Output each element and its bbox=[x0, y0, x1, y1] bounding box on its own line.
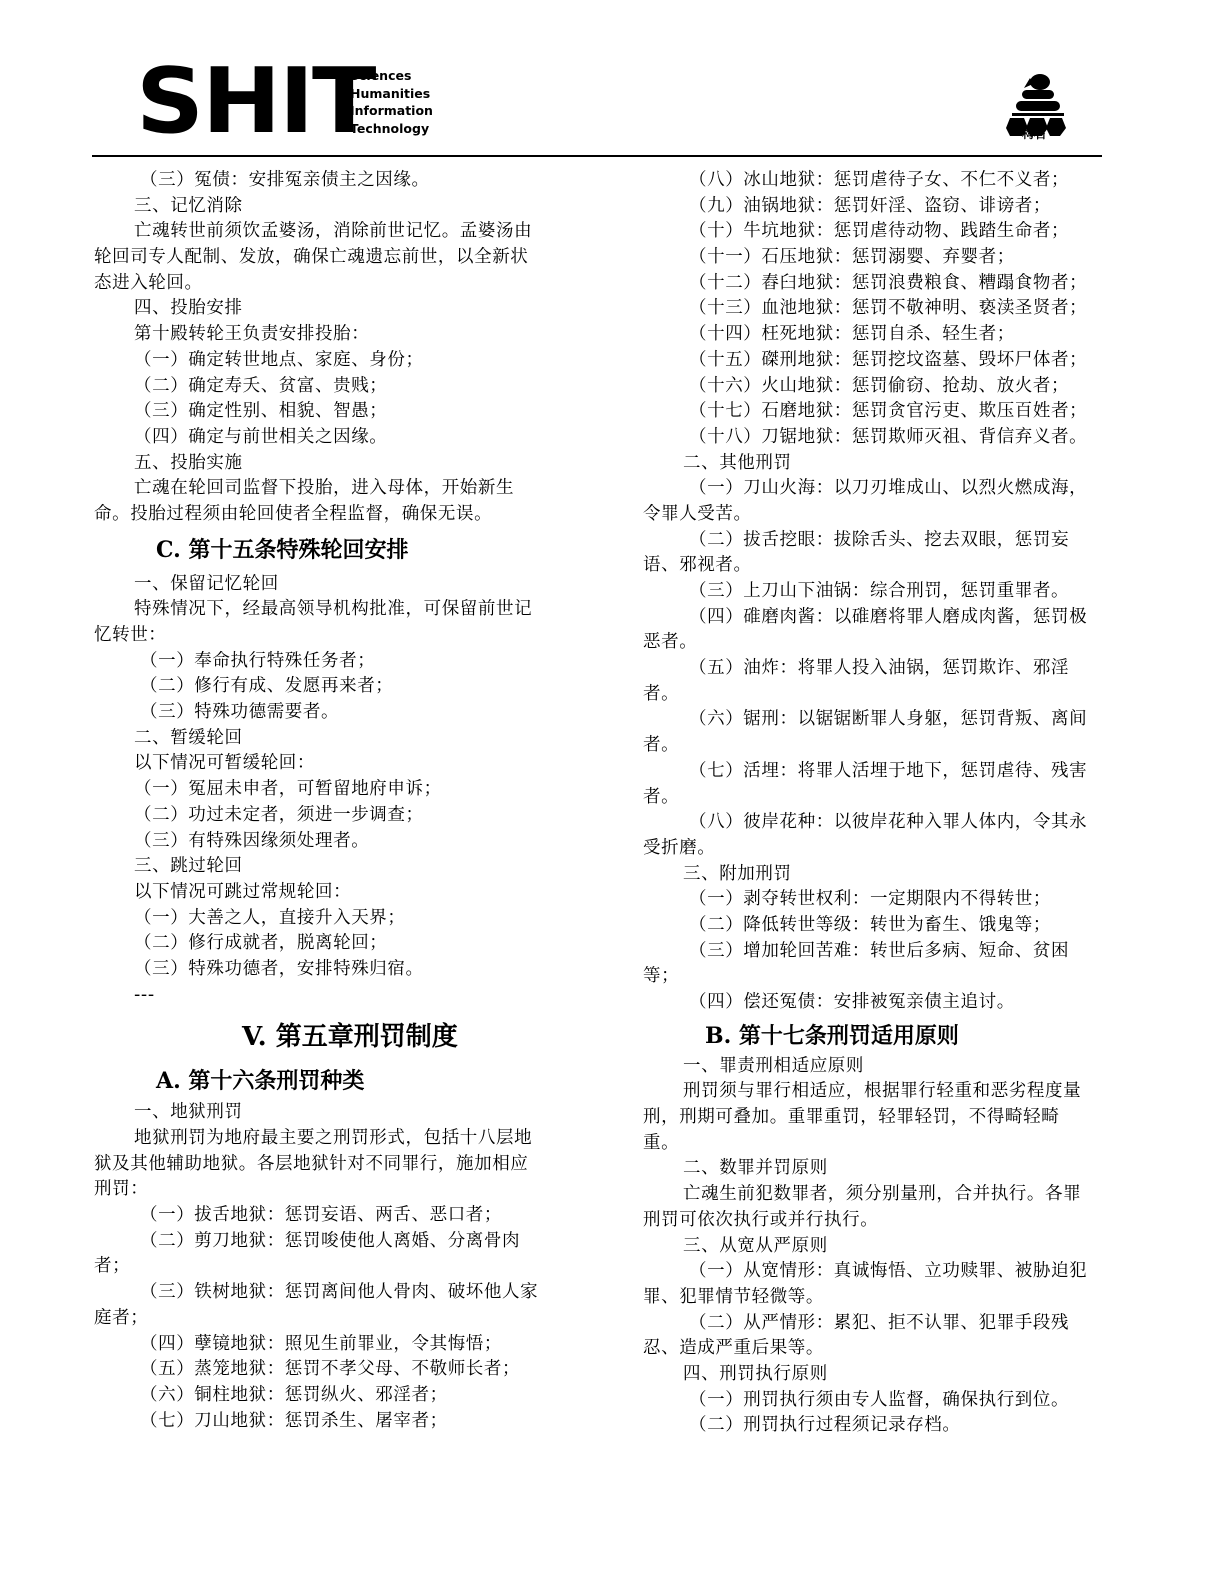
list-item-continuation: 恶者。 bbox=[643, 630, 1123, 656]
paragraph-line: 特殊情况下，经最高领导机构批准，可保留前世记 bbox=[94, 597, 574, 623]
list-item: （四）孽镜地狱：照见生前罪业，令其悔悟； bbox=[94, 1332, 574, 1358]
page-header: SHIT Sciences Humanities Information Tec… bbox=[92, 60, 1102, 156]
paragraph-line: 轮回司专人配制、发放，确保亡魂遗忘前世，以全新状 bbox=[94, 245, 574, 271]
list-item: （一）从宽情形：真诚悔悟、立功赎罪、被胁迫犯 bbox=[643, 1259, 1123, 1285]
list-item: （五）油炸：将罪人投入油锅，惩罚欺诈、邪淫 bbox=[643, 656, 1123, 682]
subheading: 三、跳过轮回 bbox=[94, 854, 574, 880]
paragraph-line: 以下情况可跳过常规轮回： bbox=[94, 880, 574, 906]
list-item: （十三）血池地狱：惩罚不敬神明、亵渎圣贤者； bbox=[643, 296, 1123, 322]
list-item-continuation: 者。 bbox=[643, 682, 1123, 708]
paragraph-line: 第十殿转轮王负责安排投胎： bbox=[94, 322, 574, 348]
subheading: 四、刑罚执行原则 bbox=[643, 1362, 1123, 1388]
subheading: 三、记忆消除 bbox=[94, 194, 574, 220]
list-item: （四）偿还冤债：安排被冤亲债主追讨。 bbox=[643, 990, 1123, 1016]
paragraph-line: 地狱刑罚为地府最主要之刑罚形式，包括十八层地 bbox=[94, 1126, 574, 1152]
paragraph-line: 命。投胎过程须由轮回使者全程监督，确保无误。 bbox=[94, 502, 574, 528]
subheading: 三、附加刑罚 bbox=[643, 862, 1123, 888]
list-item-continuation: 罪、犯罪情节轻微等。 bbox=[643, 1285, 1123, 1311]
section-title: C. 第十五条特殊轮回安排 bbox=[94, 537, 574, 563]
subheading: 二、暂缓轮回 bbox=[94, 726, 574, 752]
list-item: （三）确定性别、相貌、智愚； bbox=[94, 399, 574, 425]
list-item: （二）降低转世等级：转世为畜生、饿鬼等； bbox=[643, 913, 1123, 939]
list-item-continuation: 令罪人受苦。 bbox=[643, 502, 1123, 528]
left-column: （三）冤债：安排冤亲债主之因缘。 三、记忆消除 亡魂转世前须饮孟婆汤，消除前世记… bbox=[94, 168, 574, 1434]
logo-subtitle-line: Technology bbox=[350, 120, 433, 138]
right-column: （八）冰山地狱：惩罚虐待子女、不仁不义者； （九）油锅地狱：惩罚奸淫、盗窃、诽谤… bbox=[643, 168, 1123, 1439]
list-item: （一）剥夺转世权利：一定期限内不得转世； bbox=[643, 887, 1123, 913]
paragraph-line: 刑罚须与罪行相适应，根据罪行轻重和恶劣程度量 bbox=[643, 1079, 1123, 1105]
emblem-label: 构石 bbox=[1022, 125, 1046, 142]
list-item: （三）有特殊因缘须处理者。 bbox=[94, 829, 574, 855]
list-item: （四）确定与前世相关之因缘。 bbox=[94, 425, 574, 451]
logo-subtitle-line: Humanities bbox=[350, 85, 433, 103]
list-item: （二）修行有成、发愿再来者； bbox=[94, 674, 574, 700]
list-item: （四）碓磨肉酱：以碓磨将罪人磨成肉酱，惩罚极 bbox=[643, 605, 1123, 631]
paragraph-line: 刑，刑期可叠加。重罪重罚，轻罪轻罚，不得畸轻畸 bbox=[643, 1105, 1123, 1131]
list-item-continuation: 受折磨。 bbox=[643, 836, 1123, 862]
list-item: （二）确定寿夭、贫富、贵贱； bbox=[94, 374, 574, 400]
separator-text: --- bbox=[94, 983, 574, 1009]
list-item: （一）拔舌地狱：惩罚妄语、两舌、恶口者； bbox=[94, 1203, 574, 1229]
paragraph-line: 重。 bbox=[643, 1131, 1123, 1157]
list-item: （二）剪刀地狱：惩罚唆使他人离婚、分离骨肉 bbox=[94, 1229, 574, 1255]
subheading: 四、投胎安排 bbox=[94, 296, 574, 322]
list-item-continuation: 语、邪视者。 bbox=[643, 553, 1123, 579]
list-item: （二）修行成就者，脱离轮回； bbox=[94, 931, 574, 957]
subheading: 二、其他刑罚 bbox=[643, 451, 1123, 477]
paragraph-line: 态进入轮回。 bbox=[94, 271, 574, 297]
paragraph-line: 忆转世： bbox=[94, 623, 574, 649]
list-item: （一）冤屈未申者，可暂留地府申诉； bbox=[94, 777, 574, 803]
list-item-continuation: 庭者； bbox=[94, 1306, 574, 1332]
subheading: 一、罪责刑相适应原则 bbox=[643, 1054, 1123, 1080]
subheading: 三、从宽从严原则 bbox=[643, 1234, 1123, 1260]
list-item: （六）铜柱地狱：惩罚纵火、邪淫者； bbox=[94, 1383, 574, 1409]
paragraph-line: 亡魂在轮回司监督下投胎，进入母体，开始新生 bbox=[94, 476, 574, 502]
list-item-continuation: 忍、造成严重后果等。 bbox=[643, 1336, 1123, 1362]
logo-subtitle-line: Information bbox=[350, 102, 433, 120]
logo-wordmark: SHIT bbox=[136, 60, 374, 144]
list-item: （三）冤债：安排冤亲债主之因缘。 bbox=[94, 168, 574, 194]
logo-subtitle: Sciences Humanities Information Technolo… bbox=[350, 67, 433, 137]
list-item: （二）拔舌挖眼：拔除舌头、挖去双眼，惩罚妄 bbox=[643, 528, 1123, 554]
list-item: （三）特殊功德者，安排特殊归宿。 bbox=[94, 957, 574, 983]
list-item: （十六）火山地狱：惩罚偷窃、抢劫、放火者； bbox=[643, 374, 1123, 400]
list-item: （九）油锅地狱：惩罚奸淫、盗窃、诽谤者； bbox=[643, 194, 1123, 220]
list-item: （十七）石磨地狱：惩罚贪官污吏、欺压百姓者； bbox=[643, 399, 1123, 425]
list-item-continuation: 等； bbox=[643, 964, 1123, 990]
subheading: 五、投胎实施 bbox=[94, 451, 574, 477]
header-divider bbox=[92, 155, 1102, 157]
list-item: （六）锯刑：以锯锯断罪人身躯，惩罚背叛、离间 bbox=[643, 707, 1123, 733]
list-item: （一）大善之人，直接升入天界； bbox=[94, 906, 574, 932]
list-item-continuation: 者。 bbox=[643, 733, 1123, 759]
paragraph-line: 以下情况可暂缓轮回： bbox=[94, 751, 574, 777]
subheading: 一、地狱刑罚 bbox=[94, 1100, 574, 1126]
list-item: （十一）石压地狱：惩罚溺婴、弃婴者； bbox=[643, 245, 1123, 271]
section-title: A. 第十六条刑罚种类 bbox=[94, 1068, 574, 1094]
list-item: （三）特殊功德需要者。 bbox=[94, 700, 574, 726]
section-title: B. 第十七条刑罚适用原则 bbox=[643, 1023, 1123, 1049]
chapter-title: V. 第五章刑罚制度 bbox=[94, 1022, 574, 1052]
list-item: （七）活埋：将罪人活埋于地下，惩罚虐待、残害 bbox=[643, 759, 1123, 785]
list-item: （十五）磔刑地狱：惩罚挖坟盗墓、毁坏尸体者； bbox=[643, 348, 1123, 374]
paragraph-line: 亡魂生前犯数罪者，须分别量刑，合并执行。各罪 bbox=[643, 1182, 1123, 1208]
list-item: （五）蒸笼地狱：惩罚不孝父母、不敬师长者； bbox=[94, 1357, 574, 1383]
list-item: （一）刀山火海：以刀刃堆成山、以烈火燃成海， bbox=[643, 476, 1123, 502]
subheading: 二、数罪并罚原则 bbox=[643, 1156, 1123, 1182]
list-item: （十）牛坑地狱：惩罚虐待动物、践踏生命者； bbox=[643, 219, 1123, 245]
list-item: （一）刑罚执行须由专人监督，确保执行到位。 bbox=[643, 1388, 1123, 1414]
list-item: （八）冰山地狱：惩罚虐待子女、不仁不义者； bbox=[643, 168, 1123, 194]
paragraph-line: 刑罚： bbox=[94, 1177, 574, 1203]
subheading: 一、保留记忆轮回 bbox=[94, 572, 574, 598]
list-item: （十四）枉死地狱：惩罚自杀、轻生者； bbox=[643, 322, 1123, 348]
list-item: （三）铁树地狱：惩罚离间他人骨肉、破坏他人家 bbox=[94, 1280, 574, 1306]
list-item: （二）从严情形：累犯、拒不认罪、犯罪手段残 bbox=[643, 1311, 1123, 1337]
list-item: （二）功过未定者，须进一步调查； bbox=[94, 803, 574, 829]
paragraph-line: 亡魂转世前须饮孟婆汤，消除前世记忆。孟婆汤由 bbox=[94, 219, 574, 245]
list-item: （一）确定转世地点、家庭、身份； bbox=[94, 348, 574, 374]
logo-subtitle-line: Sciences bbox=[350, 67, 433, 85]
document-page: SHIT Sciences Humanities Information Tec… bbox=[0, 0, 1224, 1584]
list-item: （一）奉命执行特殊任务者； bbox=[94, 649, 574, 675]
paragraph-line: 刑罚可依次执行或并行执行。 bbox=[643, 1208, 1123, 1234]
list-item: （三）上刀山下油锅：综合刑罚，惩罚重罪者。 bbox=[643, 579, 1123, 605]
list-item: （三）增加轮回苦难：转世后多病、短命、贫困 bbox=[643, 939, 1123, 965]
list-item-continuation: 者； bbox=[94, 1254, 574, 1280]
paragraph-line: 狱及其他辅助地狱。各层地狱针对不同罪行，施加相应 bbox=[94, 1152, 574, 1178]
list-item: （七）刀山地狱：惩罚杀生、屠宰者； bbox=[94, 1409, 574, 1435]
list-item: （二）刑罚执行过程须记录存档。 bbox=[643, 1413, 1123, 1439]
list-item: （八）彼岸花种：以彼岸花种入罪人体内，令其永 bbox=[643, 810, 1123, 836]
list-item: （十二）舂臼地狱：惩罚浪费粮食、糟蹋食物者； bbox=[643, 271, 1123, 297]
list-item-continuation: 者。 bbox=[643, 785, 1123, 811]
list-item: （十八）刀锯地狱：惩罚欺师灭祖、背信弃义者。 bbox=[643, 425, 1123, 451]
